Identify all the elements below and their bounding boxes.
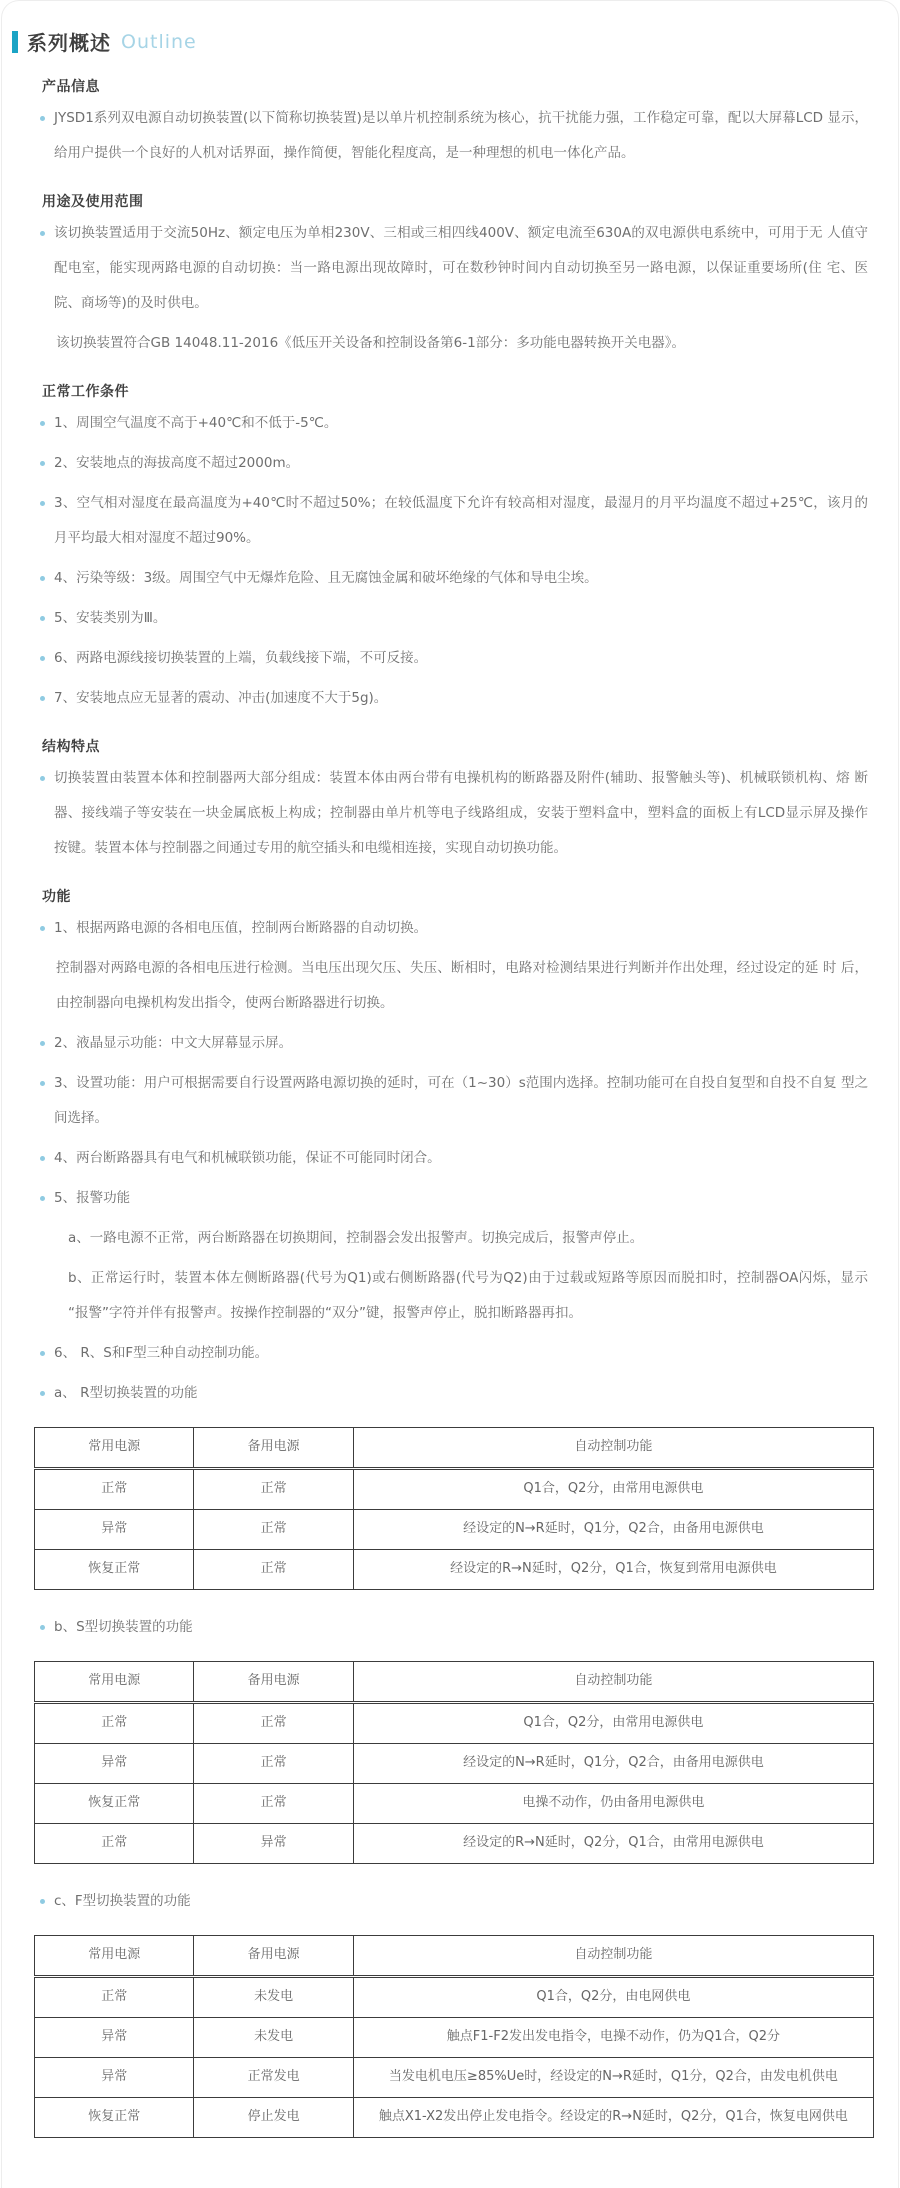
bullet-item-text: 5、报警功能 bbox=[54, 1190, 130, 1206]
table-row: 恢复正常正常经设定的R→N延时，Q2分，Q1合，恢复到常用电源供电 bbox=[35, 1550, 874, 1590]
table-row: 异常未发电触点F1-F2发出发电指令，电操不动作，仍为Q1合，Q2分 bbox=[35, 2018, 874, 2058]
section-heading: 正常工作条件 bbox=[42, 381, 868, 401]
table-cell: 正常 bbox=[194, 1550, 353, 1590]
table-cell: Q1合，Q2分，由常用电源供电 bbox=[353, 1703, 873, 1744]
table-row: 正常正常Q1合，Q2分，由常用电源供电 bbox=[35, 1469, 874, 1510]
table-cell: 正常 bbox=[194, 1703, 353, 1744]
table-cell: 当发电机电压≥85%Ue时，经设定的N→R延时，Q1分，Q2合，由发电机供电 bbox=[353, 2058, 873, 2098]
bullet-item: 4、污染等级：3级。周围空气中无爆炸危险、且无腐蚀金属和破坏绝缘的气体和导电尘埃… bbox=[12, 561, 868, 596]
bullet-icon bbox=[40, 1899, 45, 1904]
page: 系列概述 Outline 产品信息JYSD1系列双电源自动切换装置(以下简称切换… bbox=[1, 0, 899, 2188]
sub-item-text: a、一路电源不正常，两台断路器在切换期间，控制器会发出报警声。切换完成后，报警声… bbox=[68, 1230, 643, 1246]
table-cell: 恢复正常 bbox=[35, 1784, 194, 1824]
table-cell: 正常 bbox=[35, 1977, 194, 2018]
content-area: 产品信息JYSD1系列双电源自动切换装置(以下简称切换装置)是以单片机控制系统为… bbox=[12, 76, 868, 2138]
bullet-icon bbox=[40, 1081, 45, 1086]
table-cell: 异常 bbox=[35, 1744, 194, 1784]
bullet-item: 4、两台断路器具有电气和机械联锁功能，保证不可能同时闭合。 bbox=[12, 1141, 868, 1176]
table-row: 异常正常发电当发电机电压≥85%Ue时，经设定的N→R延时，Q1分，Q2合，由发… bbox=[35, 2058, 874, 2098]
table-cell: 正常 bbox=[194, 1469, 353, 1510]
paragraph: 控制器对两路电源的各相电压进行检测。当电压出现欠压、失压、断相时，电路对检测结果… bbox=[12, 951, 868, 1021]
table-row: 异常正常经设定的N→R延时，Q1分，Q2合，由备用电源供电 bbox=[35, 1510, 874, 1550]
bullet-item: 3、空气相对湿度在最高温度为+40℃时不超过50%；在较低温度下允许有较高相对湿… bbox=[12, 486, 868, 556]
table-cell: 未发电 bbox=[194, 2018, 353, 2058]
table-cell: 恢复正常 bbox=[35, 2098, 194, 2138]
bullet-item: 5、安装类别为Ⅲ。 bbox=[12, 601, 868, 636]
table-header-cell: 备用电源 bbox=[194, 1428, 353, 1469]
table-header-cell: 备用电源 bbox=[194, 1936, 353, 1977]
bullet-item: 1、周围空气温度不高于+40℃和不低于-5℃。 bbox=[12, 406, 868, 441]
paragraph: 该切换装置符合GB 14048.11-2016《低压开关设备和控制设备第6-1部… bbox=[12, 326, 868, 361]
table-row: 正常正常Q1合，Q2分，由常用电源供电 bbox=[35, 1703, 874, 1744]
sub-item: b、正常运行时，装置本体左侧断路器(代号为Q1)或右侧断路器(代号为Q2)由于过… bbox=[12, 1261, 868, 1331]
bullet-icon bbox=[40, 1156, 45, 1161]
bullet-item-text: 4、两台断路器具有电气和机械联锁功能，保证不可能同时闭合。 bbox=[54, 1150, 441, 1166]
table-header-cell: 常用电源 bbox=[35, 1662, 194, 1703]
feature-table: 常用电源备用电源自动控制功能正常正常Q1合，Q2分，由常用电源供电异常正常经设定… bbox=[34, 1427, 874, 1590]
table-cell: 未发电 bbox=[194, 1977, 353, 2018]
bullet-icon bbox=[40, 461, 45, 466]
table-cell: 正常 bbox=[35, 1824, 194, 1864]
bullet-item-text: 6、 R、S和F型三种自动控制功能。 bbox=[54, 1345, 268, 1361]
bullet-icon bbox=[40, 776, 45, 781]
paragraph-text: 控制器对两路电源的各相电压进行检测。当电压出现欠压、失压、断相时，电路对检测结果… bbox=[56, 960, 868, 1011]
table-cell: 异常 bbox=[35, 1510, 194, 1550]
table-cell: 正常发电 bbox=[194, 2058, 353, 2098]
table-cell: 正常 bbox=[194, 1510, 353, 1550]
bullet-item-text: 3、设置功能：用户可根据需要自行设置两路电源切换的延时，可在（1~30）s范围内… bbox=[54, 1075, 868, 1126]
page-title-en: Outline bbox=[121, 31, 197, 53]
bullet-item-text: c、F型切换装置的功能 bbox=[54, 1893, 191, 1909]
table-row: 正常异常经设定的R→N延时，Q2分，Q1合，由常用电源供电 bbox=[35, 1824, 874, 1864]
sub-item: a、一路电源不正常，两台断路器在切换期间，控制器会发出报警声。切换完成后，报警声… bbox=[12, 1221, 868, 1256]
bullet-icon bbox=[40, 1351, 45, 1356]
table-cell: 经设定的R→N延时，Q2分，Q1合，由常用电源供电 bbox=[353, 1824, 873, 1864]
bullet-item: 切换装置由装置本体和控制器两大部分组成：装置本体由两台带有电操机构的断路器及附件… bbox=[12, 761, 868, 866]
table-header-cell: 备用电源 bbox=[194, 1662, 353, 1703]
table-header-row: 常用电源备用电源自动控制功能 bbox=[35, 1428, 874, 1469]
bullet-item-text: 1、根据两路电源的各相电压值，控制两台断路器的自动切换。 bbox=[54, 920, 427, 936]
bullet-icon bbox=[40, 656, 45, 661]
table-row: 恢复正常停止发电触点X1-X2发出停止发电指令。经设定的R→N延时，Q2分，Q1… bbox=[35, 2098, 874, 2138]
bullet-icon bbox=[40, 116, 45, 121]
bullet-item-text: 5、安装类别为Ⅲ。 bbox=[54, 610, 166, 626]
bullet-icon bbox=[40, 926, 45, 931]
bullet-icon bbox=[40, 1625, 45, 1630]
bullet-icon bbox=[40, 616, 45, 621]
table-cell: Q1合，Q2分，由常用电源供电 bbox=[353, 1469, 873, 1510]
bullet-item-text: 3、空气相对湿度在最高温度为+40℃时不超过50%；在较低温度下允许有较高相对湿… bbox=[54, 495, 868, 546]
bullet-item-text: 7、安装地点应无显著的震动、冲击(加速度不大于5g)。 bbox=[54, 690, 387, 706]
table-cell: 经设定的R→N延时，Q2分，Q1合，恢复到常用电源供电 bbox=[353, 1550, 873, 1590]
table-cell: 触点F1-F2发出发电指令，电操不动作，仍为Q1合，Q2分 bbox=[353, 2018, 873, 2058]
section-heading: 产品信息 bbox=[42, 76, 868, 96]
bullet-item: 3、设置功能：用户可根据需要自行设置两路电源切换的延时，可在（1~30）s范围内… bbox=[12, 1066, 868, 1136]
feature-table: 常用电源备用电源自动控制功能正常未发电Q1合，Q2分，由电网供电异常未发电触点F… bbox=[34, 1935, 874, 2138]
table-cell: 正常 bbox=[35, 1469, 194, 1510]
bullet-item-text: 切换装置由装置本体和控制器两大部分组成：装置本体由两台带有电操机构的断路器及附件… bbox=[54, 770, 868, 856]
bullet-item-text: 4、污染等级：3级。周围空气中无爆炸危险、且无腐蚀金属和破坏绝缘的气体和导电尘埃… bbox=[54, 570, 598, 586]
bullet-icon bbox=[40, 1041, 45, 1046]
table-cell: 电操不动作，仍由备用电源供电 bbox=[353, 1784, 873, 1824]
sub-item-text: b、正常运行时，装置本体左侧断路器(代号为Q1)或右侧断路器(代号为Q2)由于过… bbox=[68, 1270, 868, 1321]
bullet-item: 该切换装置适用于交流50Hz、额定电压为单相230V、三相或三相四线400V、额… bbox=[12, 216, 868, 321]
table-header-cell: 自动控制功能 bbox=[353, 1936, 873, 1977]
section-heading: 结构特点 bbox=[42, 736, 868, 756]
bullet-item: JYSD1系列双电源自动切换装置(以下简称切换装置)是以单片机控制系统为核心，抗… bbox=[12, 101, 868, 171]
bullet-icon bbox=[40, 696, 45, 701]
table-header-cell: 自动控制功能 bbox=[353, 1662, 873, 1703]
bullet-icon bbox=[40, 1196, 45, 1201]
bullet-icon bbox=[40, 501, 45, 506]
page-title: 系列概述 Outline bbox=[12, 27, 868, 56]
table-cell: 恢复正常 bbox=[35, 1550, 194, 1590]
bullet-icon bbox=[40, 576, 45, 581]
table-cell: 触点X1-X2发出停止发电指令。经设定的R→N延时，Q2分，Q1合，恢复电网供电 bbox=[353, 2098, 873, 2138]
table-header-row: 常用电源备用电源自动控制功能 bbox=[35, 1936, 874, 1977]
table-cell: 正常 bbox=[194, 1784, 353, 1824]
bullet-item: a、 R型切换装置的功能 bbox=[12, 1376, 868, 1411]
bullet-item-text: 6、两路电源线接切换装置的上端，负载线接下端，不可反接。 bbox=[54, 650, 427, 666]
table-header-cell: 自动控制功能 bbox=[353, 1428, 873, 1469]
table-header-cell: 常用电源 bbox=[35, 1936, 194, 1977]
title-accent-bar-icon bbox=[12, 31, 18, 53]
bullet-item-text: a、 R型切换装置的功能 bbox=[54, 1385, 197, 1401]
table-cell: 正常 bbox=[35, 1703, 194, 1744]
bullet-item-text: b、S型切换装置的功能 bbox=[54, 1619, 193, 1635]
table-row: 恢复正常正常电操不动作，仍由备用电源供电 bbox=[35, 1784, 874, 1824]
table-cell: 异常 bbox=[35, 2058, 194, 2098]
table-header-row: 常用电源备用电源自动控制功能 bbox=[35, 1662, 874, 1703]
table-cell: 经设定的N→R延时，Q1分，Q2合，由备用电源供电 bbox=[353, 1744, 873, 1784]
bullet-icon bbox=[40, 1391, 45, 1396]
bullet-item: 1、根据两路电源的各相电压值，控制两台断路器的自动切换。 bbox=[12, 911, 868, 946]
table-header-cell: 常用电源 bbox=[35, 1428, 194, 1469]
bullet-item-text: 该切换装置适用于交流50Hz、额定电压为单相230V、三相或三相四线400V、额… bbox=[54, 225, 868, 311]
bullet-item: 6、 R、S和F型三种自动控制功能。 bbox=[12, 1336, 868, 1371]
section-heading: 功能 bbox=[42, 886, 868, 906]
page-title-zh: 系列概述 bbox=[27, 27, 111, 56]
table-row: 异常正常经设定的N→R延时，Q1分，Q2合，由备用电源供电 bbox=[35, 1744, 874, 1784]
bullet-item: c、F型切换装置的功能 bbox=[12, 1884, 868, 1919]
table-row: 正常未发电Q1合，Q2分，由电网供电 bbox=[35, 1977, 874, 2018]
bullet-icon bbox=[40, 421, 45, 426]
bullet-item-text: 1、周围空气温度不高于+40℃和不低于-5℃。 bbox=[54, 415, 337, 431]
paragraph-text: 该切换装置符合GB 14048.11-2016《低压开关设备和控制设备第6-1部… bbox=[56, 335, 685, 351]
section-heading: 用途及使用范围 bbox=[42, 191, 868, 211]
feature-table: 常用电源备用电源自动控制功能正常正常Q1合，Q2分，由常用电源供电异常正常经设定… bbox=[34, 1661, 874, 1864]
table-cell: 正常 bbox=[194, 1744, 353, 1784]
bullet-item: 2、安装地点的海拔高度不超过2000m。 bbox=[12, 446, 868, 481]
table-cell: 经设定的N→R延时，Q1分，Q2合，由备用电源供电 bbox=[353, 1510, 873, 1550]
bullet-item: 5、报警功能 bbox=[12, 1181, 868, 1216]
bullet-item-text: 2、安装地点的海拔高度不超过2000m。 bbox=[54, 455, 299, 471]
bullet-item: 6、两路电源线接切换装置的上端，负载线接下端，不可反接。 bbox=[12, 641, 868, 676]
bullet-item: b、S型切换装置的功能 bbox=[12, 1610, 868, 1645]
bullet-item-text: JYSD1系列双电源自动切换装置(以下简称切换装置)是以单片机控制系统为核心，抗… bbox=[54, 110, 868, 161]
bullet-item-text: 2、液晶显示功能：中文大屏幕显示屏。 bbox=[54, 1035, 292, 1051]
bullet-item: 2、液晶显示功能：中文大屏幕显示屏。 bbox=[12, 1026, 868, 1061]
table-cell: 异常 bbox=[194, 1824, 353, 1864]
table-cell: Q1合，Q2分，由电网供电 bbox=[353, 1977, 873, 2018]
table-cell: 停止发电 bbox=[194, 2098, 353, 2138]
bullet-icon bbox=[40, 231, 45, 236]
table-cell: 异常 bbox=[35, 2018, 194, 2058]
bullet-item: 7、安装地点应无显著的震动、冲击(加速度不大于5g)。 bbox=[12, 681, 868, 716]
